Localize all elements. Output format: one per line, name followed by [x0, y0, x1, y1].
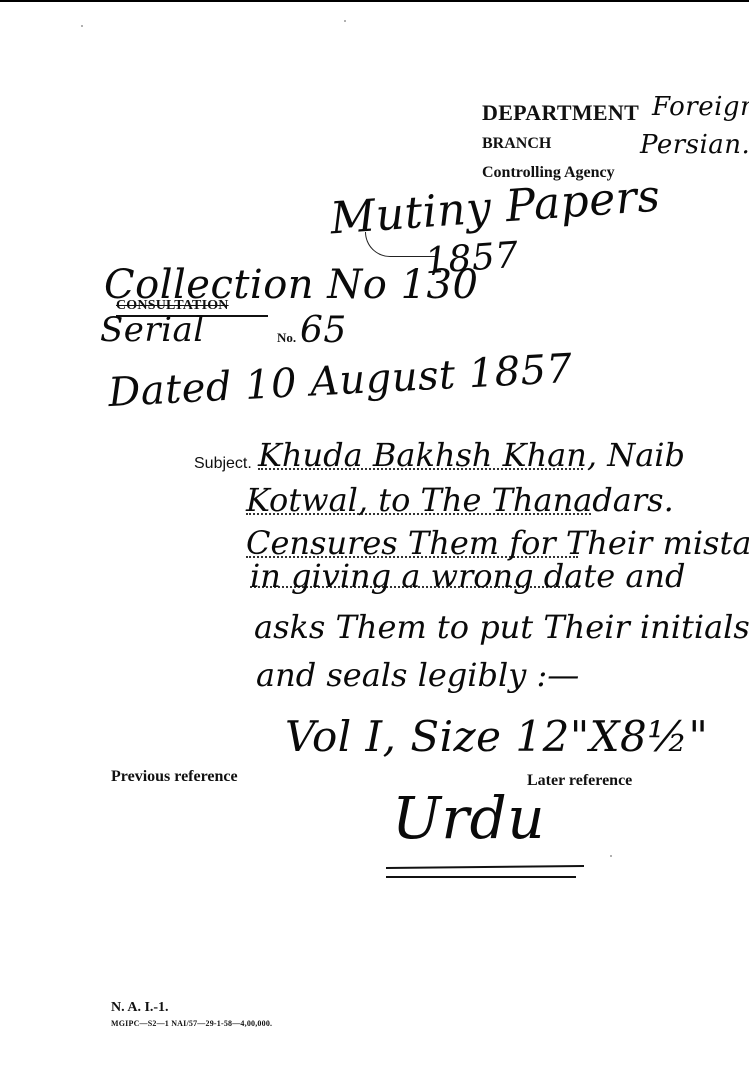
subject-line: asks Them to put Their initials: [254, 608, 749, 646]
branch-value: Persian.: [640, 130, 749, 160]
department-value: Foreign: [652, 92, 749, 122]
subject-line: in giving a wrong date and: [250, 557, 685, 595]
serial-word: Serial: [100, 310, 205, 350]
volume-size: Vol I, Size 12"X8½": [285, 712, 708, 761]
department-label: DEPARTMENT: [482, 100, 639, 126]
date-line: Dated 10 August 1857: [107, 346, 574, 416]
printer-imprint: MGIPC—S2—1 NAI/57—29-1-58—4,00,000.: [111, 1019, 272, 1028]
subject-line: Kotwal, to The Thanadars.: [246, 481, 674, 519]
subject-line: Khuda Bakhsh Khan, Naib: [258, 436, 685, 474]
serial-number: 65: [300, 310, 347, 351]
language-underline: [386, 865, 584, 869]
paper-speck: [610, 855, 612, 857]
subject-label: Subject.: [194, 455, 252, 473]
language: Urdu: [392, 784, 545, 852]
paper-speck: [81, 25, 83, 27]
previous-reference-label: Previous reference: [111, 768, 238, 786]
subject-line: and seals legibly :—: [256, 656, 579, 694]
language-underline: [386, 876, 576, 878]
form-code: N. A. I.-1.: [111, 1000, 169, 1016]
serial-no-label: No.: [277, 330, 296, 346]
branch-label: BRANCH: [482, 135, 551, 153]
paper-speck: [344, 20, 346, 22]
top-border: [0, 0, 749, 2]
